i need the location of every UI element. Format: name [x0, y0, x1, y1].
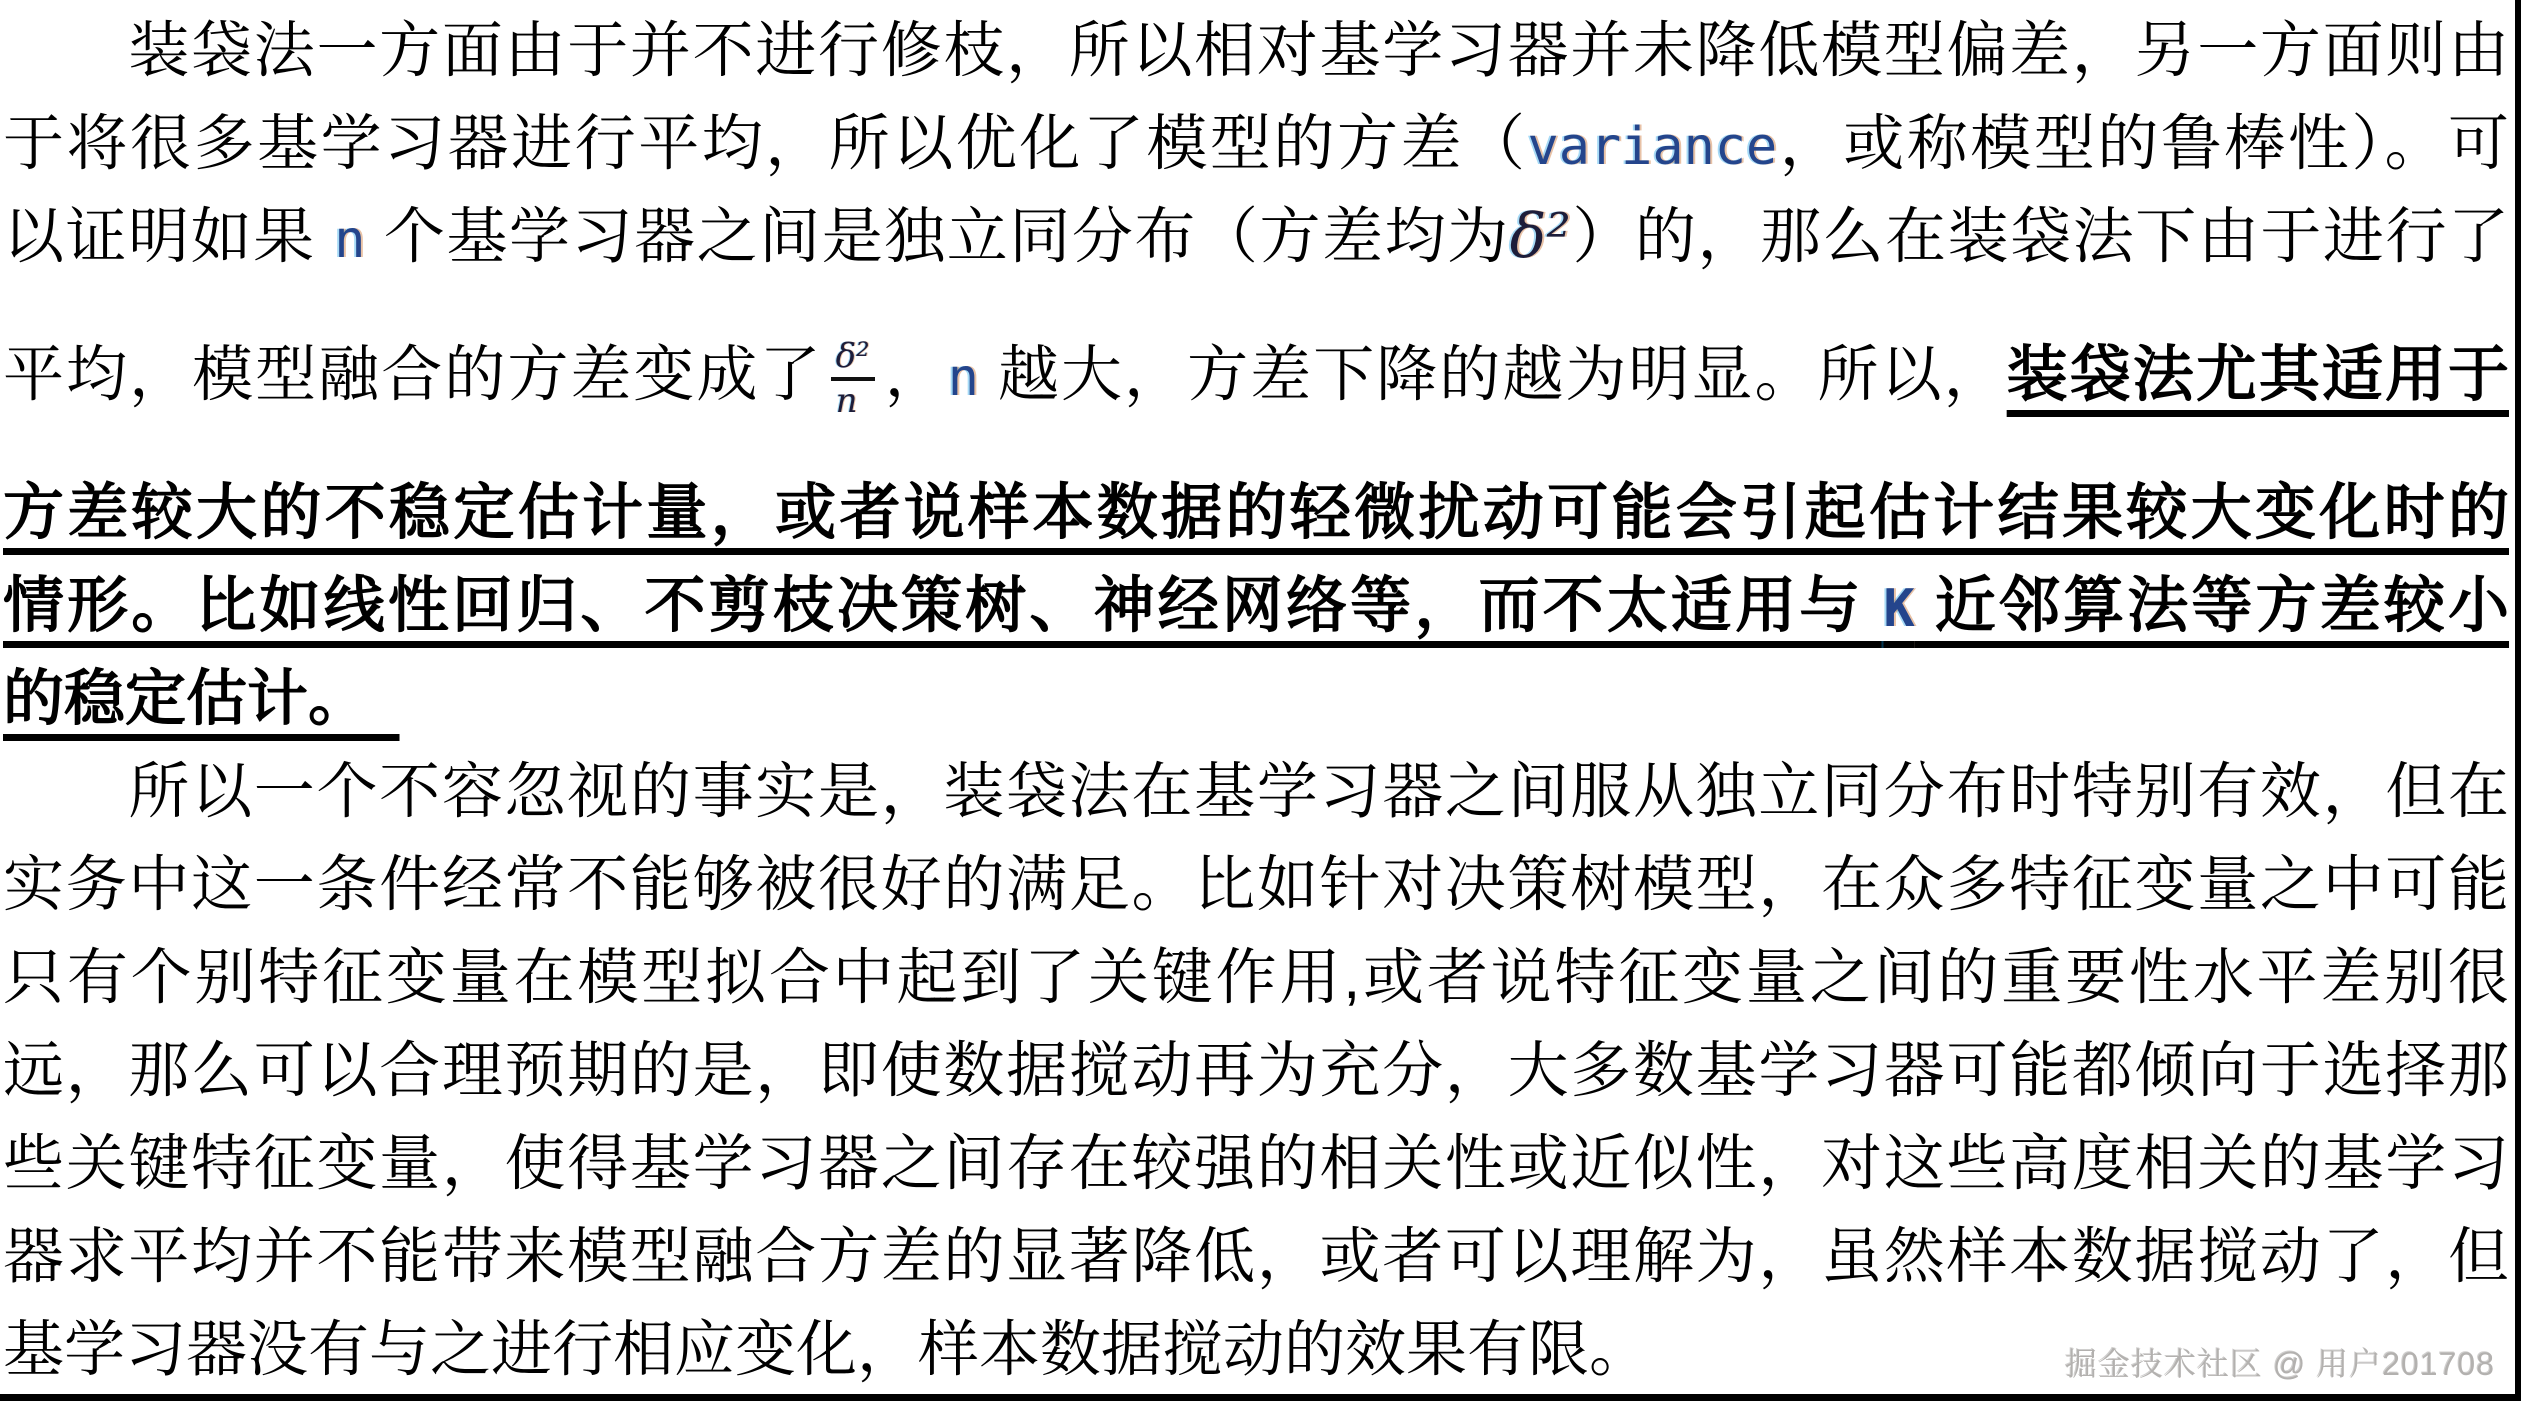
text-line-1: 装袋法一方面由于并不进行修枝，所以相对基学习器并未降低模型偏差，另一方面则由 — [3, 4, 2509, 97]
cjk-bold-segment: 装袋法尤其适用于 — [2007, 340, 2509, 408]
cjk-segment: 器求平均并不能带来模型融合方差的显著降低，或者可以理解为，虽然样本数据搅动了，但 — [3, 1222, 2509, 1290]
fraction-denominator: n — [831, 377, 875, 420]
text-line-6: 情形。比如线性回归、不剪枝决策树、神经网络等，而不太适用与 K 近邻算法等方差较… — [3, 559, 2509, 652]
cjk-segment: 所以一个不容忽视的事实是，装袋法在基学习器之间服从独立同分布时特别有效，但在 — [3, 757, 2509, 825]
text-line-3: 以证明如果 n 个基学习器之间是独立同分布（方差均为δ²）的，那么在装袋法下由于… — [3, 190, 2509, 283]
cjk-segment: 越大，方差下降的越为明显。所以， — [979, 340, 2007, 408]
latin-bold-segment: K — [1883, 579, 1914, 639]
cjk-bold-segment: 近邻算法等方差较小 — [1915, 571, 2509, 639]
latin-segment: n — [948, 348, 979, 408]
text-line-4: 平均，模型融合的方差变成了δ²n，n 越大，方差下降的越为明显。所以，装袋法尤其… — [3, 283, 2509, 466]
cjk-segment: 装袋法一方面由于并不进行修枝，所以相对基学习器并未降低模型偏差，另一方面则由 — [3, 16, 2509, 84]
cjk-segment: ， — [883, 340, 948, 408]
cjk-segment: ）的，那么在装袋法下由于进行了 — [1571, 202, 2509, 270]
cjk-segment: 只有个别特征变量在模型拟合中起到了关键作用,或者说特征变量之间的重要性水平差别很 — [3, 943, 2509, 1011]
cjk-bold-segment: 的稳定估计。 — [3, 664, 400, 732]
frame-border-bottom — [0, 1394, 2521, 1401]
cjk-segment: 于将很多基学习器进行平均，所以优化了模型的方差（ — [3, 109, 1528, 177]
text-line-12: 些关键特征变量，使得基学习器之间存在较强的相关性或近似性，对这些高度相关的基学习 — [3, 1117, 2509, 1210]
text-line-7: 的稳定估计。 — [3, 652, 2509, 745]
text-line-13: 器求平均并不能带来模型融合方差的显著降低，或者可以理解为，虽然样本数据搅动了，但 — [3, 1210, 2509, 1303]
fraction-numerator: δ² — [831, 338, 875, 377]
document-body: 装袋法一方面由于并不进行修枝，所以相对基学习器并未降低模型偏差，另一方面则由于将… — [3, 4, 2509, 1396]
text-line-8: 所以一个不容忽视的事实是，装袋法在基学习器之间服从独立同分布时特别有效，但在 — [3, 745, 2509, 838]
cjk-bold-segment: 情形。比如线性回归、不剪枝决策树、神经网络等，而不太适用与 — [3, 571, 1883, 639]
formula-segment: δ² — [1510, 201, 1571, 272]
cjk-bold-segment: 方差较大的不稳定估计量，或者说样本数据的轻微扰动可能会引起估计结果较大变化时的 — [3, 478, 2509, 546]
cjk-segment: 远，那么可以合理预期的是，即使数据搅动再为充分，大多数基学习器可能都倾向于选择那 — [3, 1036, 2509, 1104]
cjk-segment: 些关键特征变量，使得基学习器之间存在较强的相关性或近似性，对这些高度相关的基学习 — [3, 1129, 2509, 1197]
cjk-segment: 基学习器没有与之进行相应变化，样本数据搅动的效果有限。 — [3, 1315, 1650, 1383]
text-line-2: 于将很多基学习器进行平均，所以优化了模型的方差（variance，或称模型的鲁棒… — [3, 97, 2509, 190]
text-line-5: 方差较大的不稳定估计量，或者说样本数据的轻微扰动可能会引起估计结果较大变化时的 — [3, 466, 2509, 559]
text-line-10: 只有个别特征变量在模型拟合中起到了关键作用,或者说特征变量之间的重要性水平差别很 — [3, 931, 2509, 1024]
cjk-segment: 实务中这一条件经常不能够被很好的满足。比如针对决策树模型，在众多特征变量之中可能 — [3, 850, 2509, 918]
cjk-segment: 平均，模型融合的方差变成了 — [3, 340, 823, 408]
cjk-segment: 个基学习器之间是独立同分布（方差均为 — [365, 202, 1509, 270]
formula-fraction: δ²n — [831, 338, 875, 419]
latin-segment: n — [334, 210, 365, 270]
frame-border-right — [2515, 0, 2521, 1401]
cjk-segment: ，或称模型的鲁棒性）。可 — [1777, 109, 2509, 177]
watermark: 掘金技术社区 @ 用户201708 — [2065, 1339, 2495, 1385]
cjk-segment: 以证明如果 — [3, 202, 334, 270]
text-line-11: 远，那么可以合理预期的是，即使数据搅动再为充分，大多数基学习器可能都倾向于选择那 — [3, 1024, 2509, 1117]
latin-segment: variance — [1528, 117, 1778, 177]
text-line-9: 实务中这一条件经常不能够被很好的满足。比如针对决策树模型，在众多特征变量之中可能 — [3, 838, 2509, 931]
